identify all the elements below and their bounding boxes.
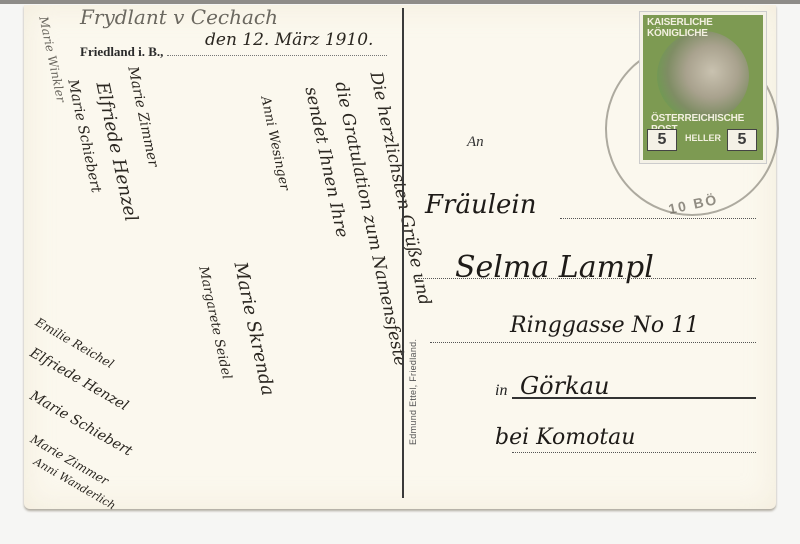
address-line-1 bbox=[560, 218, 756, 219]
stamp-denomination: HELLER bbox=[685, 133, 721, 143]
scan-frame-edge bbox=[0, 0, 800, 4]
address-prefix: An bbox=[467, 134, 484, 151]
address-city-underline bbox=[512, 397, 756, 399]
handwritten-date: den 12. März 1910. bbox=[205, 30, 373, 50]
stamp-value-left: 5 bbox=[647, 129, 677, 151]
address-name: Selma Lampl bbox=[455, 250, 654, 285]
address-city: Görkau bbox=[520, 372, 609, 400]
address-line-5 bbox=[512, 452, 756, 453]
handwritten-header: Frydlant v Cechach bbox=[80, 5, 278, 29]
printer-imprint: Edmund Ettel, Friedland. bbox=[408, 339, 418, 445]
address-salutation: Fräulein bbox=[425, 190, 536, 220]
stamp-value-right: 5 bbox=[727, 129, 757, 151]
stamp-portrait bbox=[657, 31, 749, 121]
address-line-2 bbox=[418, 278, 756, 279]
address-street: Ringgasse No 11 bbox=[510, 313, 699, 338]
center-divider bbox=[402, 8, 404, 498]
address-line-3 bbox=[430, 342, 756, 343]
postage-stamp: KAISERLICHE KÖNIGLICHE ÖSTERREICHISCHE P… bbox=[640, 12, 766, 163]
printed-place: Friedland i. B., bbox=[80, 44, 163, 59]
address-region: bei Komotau bbox=[495, 425, 635, 450]
address-in-label: in bbox=[495, 382, 507, 400]
stamp-top-text: KAISERLICHE KÖNIGLICHE bbox=[647, 17, 763, 39]
